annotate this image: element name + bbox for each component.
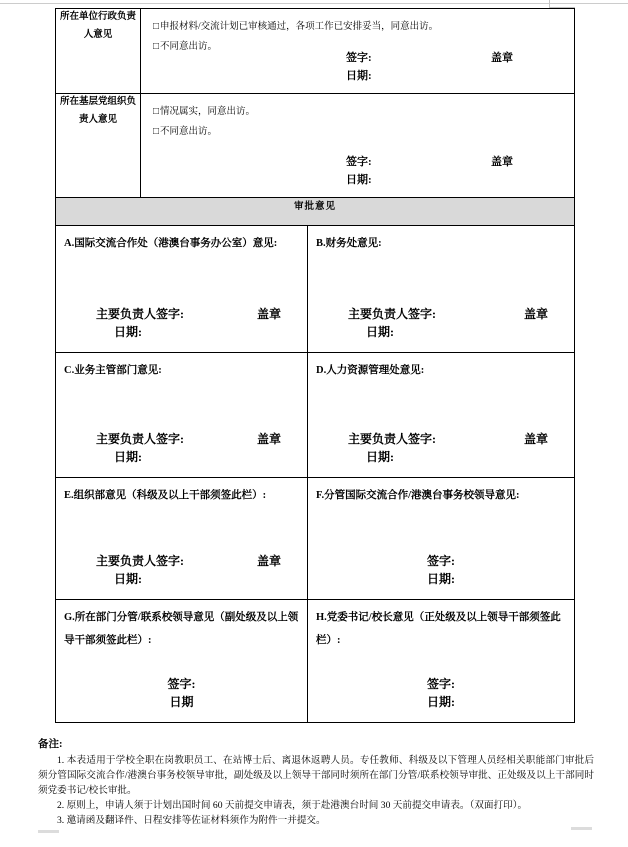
row-unit-admin-leader: 所在单位行政负责人意见 □申报材料/交流计划已审核通过，各项工作已安排妥当，同意… — [56, 9, 575, 94]
signature-label: 签字: — [346, 153, 372, 169]
note-item-2: 2. 原则上，申请人须于计划出国时间 60 天前提交申请表，须于赴港澳台时间 3… — [38, 798, 594, 813]
approval-section-header: 审批意见 — [56, 198, 575, 226]
note-item-1: 1. 本表适用于学校全职在岗教职员工、在站博士后、离退休返聘人员。专任教师、科级… — [38, 753, 594, 798]
note-item-3: 3. 邀请函及翻译件、日程安排等佐证材料须作为附件一并提交。 — [38, 813, 594, 828]
signature-label: 主要负责人签字: — [348, 305, 436, 322]
seal-label: 盖章 — [524, 305, 548, 322]
checkbox-icon[interactable]: □ — [153, 126, 159, 137]
section-d-title: D.人力资源管理处意见: — [308, 353, 574, 383]
checkbox-icon[interactable]: □ — [153, 21, 159, 32]
party-org-options: □情况属实，同意出访。 □不同意出访。 — [141, 94, 574, 142]
option-disapprove-text: 不同意出访。 — [160, 127, 217, 137]
section-e-cell: E.组织部意见（科级及以上干部须签此栏）: 主要负责人签字: 盖章 日期: — [56, 478, 308, 600]
party-org-leader-label-cell: 所在基层党组织负责人意见 — [56, 94, 141, 198]
section-g-title: G.所在部门分管/联系校领导意见（副处级及以上领导干部须签此栏）: — [56, 600, 307, 652]
section-h-cell: H.党委书记/校长意见（正处级及以上领导干部须签此栏）: 签字: 日期: — [308, 600, 575, 723]
seal-label: 盖章 — [524, 430, 548, 447]
section-b-title: B.财务处意见: — [308, 226, 574, 256]
approval-form-table: 所在单位行政负责人意见 □申报材料/交流计划已审核通过，各项工作已安排妥当，同意… — [55, 8, 575, 723]
date-label: 日期: — [346, 67, 372, 83]
unit-admin-leader-label-cell: 所在单位行政负责人意见 — [56, 9, 141, 94]
option-disapprove-text: 不同意出访。 — [160, 42, 217, 52]
date-label: 日期: — [114, 570, 142, 587]
signature-label: 签字: — [308, 675, 574, 692]
notes-block: 备注: 1. 本表适用于学校全职在岗教职员工、在站博士后、离退休返聘人员。专任教… — [38, 736, 594, 828]
signature-label: 签字: — [346, 49, 372, 65]
page-top-rule — [0, 3, 628, 4]
section-g-cell: G.所在部门分管/联系校领导意见（副处级及以上领导干部须签此栏）: 签字: 日期 — [56, 600, 308, 723]
date-label: 日期 — [56, 693, 307, 710]
section-b-cell: B.财务处意见: 主要负责人签字: 盖章 日期: — [308, 226, 575, 353]
signature-label: 签字: — [56, 675, 307, 692]
date-label: 日期: — [308, 570, 574, 587]
section-d-cell: D.人力资源管理处意见: 主要负责人签字: 盖章 日期: — [308, 353, 575, 478]
signature-label: 签字: — [308, 552, 574, 569]
date-label: 日期: — [114, 323, 142, 340]
page-footer-mark-right — [571, 827, 592, 830]
page-footer-mark-left — [38, 830, 59, 833]
seal-label: 盖章 — [491, 49, 513, 65]
date-label: 日期: — [114, 448, 142, 465]
section-f-cell: F.分管国际交流合作/港澳台事务校领导意见: 签字: 日期: — [308, 478, 575, 600]
unit-admin-leader-label: 所在单位行政负责人意见 — [60, 12, 136, 40]
row-sections-ef: E.组织部意见（科级及以上干部须签此栏）: 主要负责人签字: 盖章 日期: F.… — [56, 478, 575, 600]
section-c-title: C.业务主管部门意见: — [56, 353, 307, 383]
seal-label: 盖章 — [257, 305, 281, 322]
seal-label: 盖章 — [257, 552, 281, 569]
date-label: 日期: — [366, 323, 394, 340]
section-c-cell: C.业务主管部门意见: 主要负责人签字: 盖章 日期: — [56, 353, 308, 478]
checkbox-icon[interactable]: □ — [153, 41, 159, 52]
section-a-title: A.国际交流合作处（港澳台事务办公室）意见: — [56, 226, 307, 256]
party-org-leader-label: 所在基层党组织负责人意见 — [60, 97, 136, 125]
notes-title: 备注: — [38, 736, 594, 751]
section-a-cell: A.国际交流合作处（港澳台事务办公室）意见: 主要负责人签字: 盖章 日期: — [56, 226, 308, 353]
option-disapprove: □不同意出访。 — [153, 122, 564, 142]
row-party-org-leader: 所在基层党组织负责人意见 □情况属实，同意出访。 □不同意出访。 签字: 盖章 … — [56, 94, 575, 198]
checkbox-icon[interactable]: □ — [153, 106, 159, 117]
section-e-title: E.组织部意见（科级及以上干部须签此栏）: — [56, 478, 307, 508]
seal-label: 盖章 — [491, 153, 513, 169]
row-sections-cd: C.业务主管部门意见: 主要负责人签字: 盖章 日期: D.人力资源管理处意见:… — [56, 353, 575, 478]
date-label: 日期: — [366, 448, 394, 465]
option-approve-text: 情况属实，同意出访。 — [160, 107, 255, 117]
signature-label: 主要负责人签字: — [96, 305, 184, 322]
option-approve: □情况属实，同意出访。 — [153, 102, 564, 122]
option-approve-text: 申报材料/交流计划已审核通过，各项工作已安排妥当，同意出访。 — [160, 22, 438, 32]
row-approval-header: 审批意见 — [56, 198, 575, 226]
party-org-leader-opinion-cell: □情况属实，同意出访。 □不同意出访。 签字: 盖章 日期: — [141, 94, 575, 198]
signature-label: 主要负责人签字: — [348, 430, 436, 447]
date-label: 日期: — [346, 171, 372, 187]
page-top-tick — [549, 0, 550, 7]
section-h-title: H.党委书记/校长意见（正处级及以上领导干部须签此栏）: — [308, 600, 574, 652]
row-sections-gh: G.所在部门分管/联系校领导意见（副处级及以上领导干部须签此栏）: 签字: 日期… — [56, 600, 575, 723]
date-label: 日期: — [308, 693, 574, 710]
section-f-title: F.分管国际交流合作/港澳台事务校领导意见: — [308, 478, 574, 508]
option-approve: □申报材料/交流计划已审核通过，各项工作已安排妥当，同意出访。 — [153, 17, 564, 37]
signature-label: 主要负责人签字: — [96, 430, 184, 447]
unit-admin-leader-opinion-cell: □申报材料/交流计划已审核通过，各项工作已安排妥当，同意出访。 □不同意出访。 … — [141, 9, 575, 94]
document-page: 所在单位行政负责人意见 □申报材料/交流计划已审核通过，各项工作已安排妥当，同意… — [0, 0, 628, 847]
row-sections-ab: A.国际交流合作处（港澳台事务办公室）意见: 主要负责人签字: 盖章 日期: B… — [56, 226, 575, 353]
seal-label: 盖章 — [257, 430, 281, 447]
signature-label: 主要负责人签字: — [96, 552, 184, 569]
